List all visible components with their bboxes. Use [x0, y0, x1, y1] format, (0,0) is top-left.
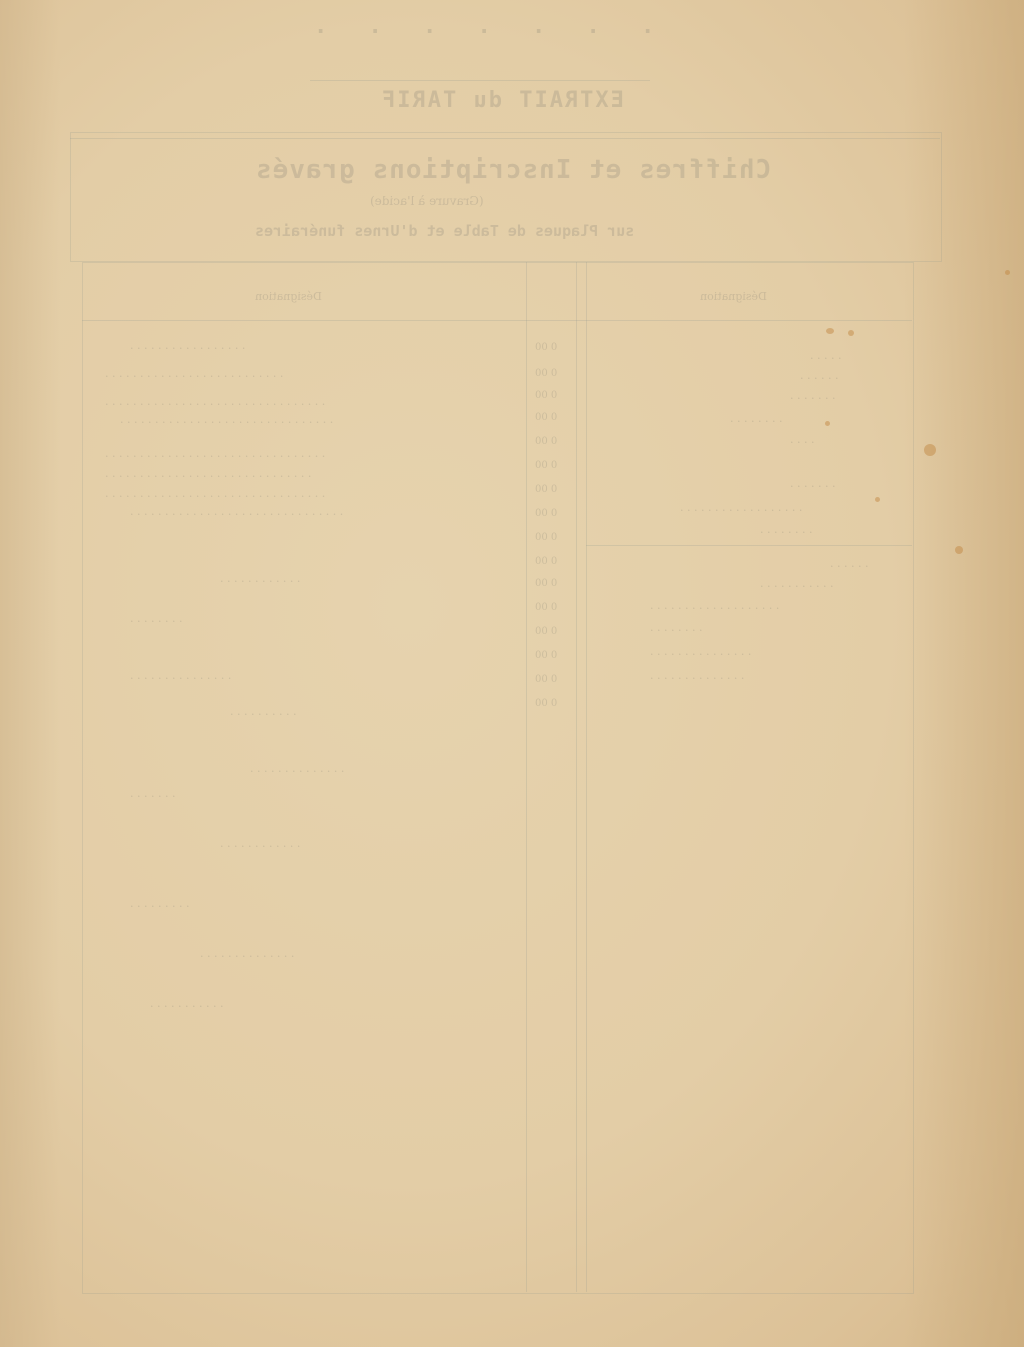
price-cell: 0 00	[535, 484, 557, 495]
right-row: · · · · · · · · · · · · · · · · · · ·	[650, 602, 779, 615]
right-row: · · · · · · · ·	[650, 624, 702, 637]
right-row: · · · · · ·	[800, 372, 838, 385]
left-column-header: Désignation	[255, 290, 322, 303]
right-row: · · · · · ·	[830, 560, 868, 573]
price-cell: 0 00	[535, 578, 557, 589]
price-cell: 0 00	[535, 368, 557, 379]
left-row: · · · · · · · · · · · · · · · · ·	[130, 342, 245, 355]
price-cell: 0 00	[535, 602, 557, 613]
price-cell: 0 00	[535, 436, 557, 447]
left-row: · · · · · · · · · · · · · · · · · · · · …	[105, 450, 325, 463]
foxing-stain	[1005, 270, 1010, 275]
paper-edge-left	[0, 0, 60, 1347]
right-row: · · · ·	[790, 436, 814, 449]
price-cell: 0 00	[535, 532, 557, 543]
price-cell: 0 00	[535, 412, 557, 423]
right-column-header: Désignation	[700, 290, 767, 303]
title-frame	[70, 132, 942, 262]
foxing-stain	[848, 330, 854, 336]
right-row: · · · · · · · · · · ·	[760, 580, 833, 593]
price-cell: 0 00	[535, 556, 557, 567]
left-row: · · · · · · · · · · · · · · · · · · · · …	[105, 470, 311, 483]
top-banner-ghost: · · · · · · ·	[300, 20, 654, 45]
price-cell: 0 00	[535, 390, 557, 401]
subtitle: (Gravure à l'acide)	[370, 194, 484, 208]
right-row: · · · · · · ·	[790, 392, 835, 405]
foxing-stain	[955, 546, 963, 554]
foxing-stain	[826, 328, 834, 334]
left-lower-row: · · · · · · · · · · ·	[150, 1000, 223, 1013]
left-lower-row: · · · · · · · · · · · · · · ·	[130, 672, 231, 685]
left-row: · · · · · · · · · · · · · · · · · · · · …	[105, 370, 283, 383]
foxing-stain	[924, 444, 936, 456]
main-title: Chiffres et Inscriptions gravés	[255, 155, 771, 185]
left-row: · · · · · · · · · · · · · · · · · · · · …	[130, 508, 343, 521]
extract-title: EXTRAIT du TARIF	[380, 88, 624, 113]
left-lower-row: · · · · · · · · ·	[130, 900, 189, 913]
foxing-stain	[825, 421, 830, 426]
price-col-right-rule	[576, 262, 577, 1292]
price-cell: 0 00	[535, 626, 557, 637]
title-rule-top	[70, 138, 940, 139]
right-col-inner-rule	[586, 262, 587, 1292]
left-lower-row: · · · · · · · · · · · · · ·	[250, 765, 344, 778]
left-lower-row: · · · · · · · · · ·	[230, 708, 296, 721]
price-col-left-rule	[526, 262, 527, 1292]
left-row: · · · · · · · · · · · · · · · · · · · · …	[105, 398, 325, 411]
foxing-stain	[875, 497, 880, 502]
left-lower-row: · · · · · · · · · · · ·	[220, 840, 300, 853]
right-row: · · · · · · · · · · · · · ·	[650, 672, 744, 685]
price-cell: 0 00	[535, 698, 557, 709]
price-cell: 0 00	[535, 674, 557, 685]
left-row: · · · · · · · · · · · · · · · · · · · · …	[120, 416, 333, 429]
left-lower-row: · · · · · · · · · · · ·	[220, 575, 300, 588]
header-note: sur Plaques de Table et d'Urnes funérair…	[255, 222, 634, 240]
left-lower-row: · · · · · · · ·	[130, 615, 182, 628]
price-cell: 0 00	[535, 460, 557, 471]
left-lower-row: · · · · · · · · · · · · · ·	[200, 950, 294, 963]
right-row: · · · · · · · · · · · · · · ·	[650, 648, 751, 661]
right-row: · · · · · · · ·	[760, 526, 812, 539]
price-cell: 0 00	[535, 342, 557, 353]
table-header-rule	[82, 320, 912, 321]
left-lower-row: · · · · · · ·	[130, 790, 175, 803]
price-cell: 0 00	[535, 650, 557, 661]
price-cell: 0 00	[535, 508, 557, 519]
header-divider	[310, 80, 650, 81]
right-section-rule	[586, 545, 912, 546]
left-row: · · · · · · · · · · · · · · · · · · · · …	[105, 490, 325, 503]
right-row: · · · · · · · ·	[730, 415, 782, 428]
right-row: · · · · · · ·	[790, 480, 835, 493]
right-row: · · · · ·	[810, 352, 841, 365]
right-row: · · · · · · · · · · · · · · · · · ·	[680, 504, 802, 517]
